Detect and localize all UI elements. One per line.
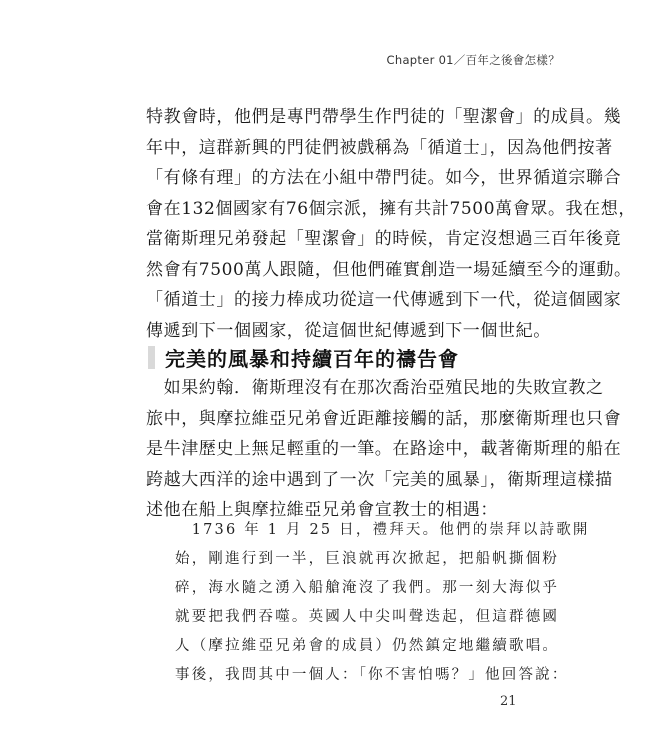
section-heading: 完美的風暴和持續百年的禱告會 [148,343,459,372]
text-line: 旅中，與摩拉維亞兄弟會近距離接觸的話，那麼衛斯理也只會 [146,404,546,435]
text-line: 如果約翰．衛斯理沒有在那次喬治亞殖民地的失敗宣教之 [146,373,546,404]
quote-line: 事後，我問其中一個人：「你不害怕嗎？」他回答說： [175,661,545,690]
text-line: 特教會時，他們是專門帶學生作門徒的「聖潔會」的成員。幾 [146,102,546,133]
quote-line: 碎，海水隨之湧入船艙淹沒了我們。那一刻大海似乎 [175,574,545,603]
paragraph-1: 特教會時，他們是專門帶學生作門徒的「聖潔會」的成員。幾 年中，這群新興的門徒們被… [146,102,546,346]
text-line: 會在132個國家有76個宗派，擁有共計7500萬會眾。我在想， [146,194,546,225]
heading-marker-bar [148,346,155,369]
text-line: 年中，這群新興的門徒們被戲稱為「循道士」，因為他們按著 [146,133,546,164]
quote-line: 始，剛進行到一半，巨浪就再次掀起，把船帆撕個粉 [175,545,545,574]
quote-line: 人（摩拉維亞兄弟會的成員）仍然鎮定地繼續歌唱。 [175,632,545,661]
text-line: 當衛斯理兄弟發起「聖潔會」的時候，肯定沒想過三百年後竟 [146,224,546,255]
quote-line: 1736 年 1 月 25 日，禮拜天。他們的崇拜以詩歌開 [175,516,545,545]
quote-line: 就要把我們吞噬。英國人中尖叫聲迭起，但這群德國 [175,603,545,632]
paragraph-2: 如果約翰．衛斯理沒有在那次喬治亞殖民地的失敗宣教之 旅中，與摩拉維亞兄弟會近距離… [146,373,546,526]
text-line: 跨越大西洋的途中遇到了一次「完美的風暴」，衛斯理這樣描 [146,465,546,496]
text-line: 「循道士」的接力棒成功從這一代傳遞到下一代，從這個國家 [146,285,546,316]
text-line: 是牛津歷史上無足輕重的一筆。在路途中，載著衛斯理的船在 [146,434,546,465]
text-line: 「有條有理」的方法在小組中帶門徒。如今，世界循道宗聯合 [146,163,546,194]
page-number: 21 [500,694,517,709]
text-line: 傳遞到下一個國家，從這個世紀傳遞到下一個世紀。 [146,316,546,347]
running-header: Chapter 01／百年之後會怎樣？ [387,52,560,68]
text-line: 然會有7500萬人跟隨，但他們確實創造一場延續至今的運動。 [146,255,546,286]
section-heading-text: 完美的風暴和持續百年的禱告會 [165,343,459,372]
block-quote: 1736 年 1 月 25 日，禮拜天。他們的崇拜以詩歌開 始，剛進行到一半，巨… [175,516,545,690]
